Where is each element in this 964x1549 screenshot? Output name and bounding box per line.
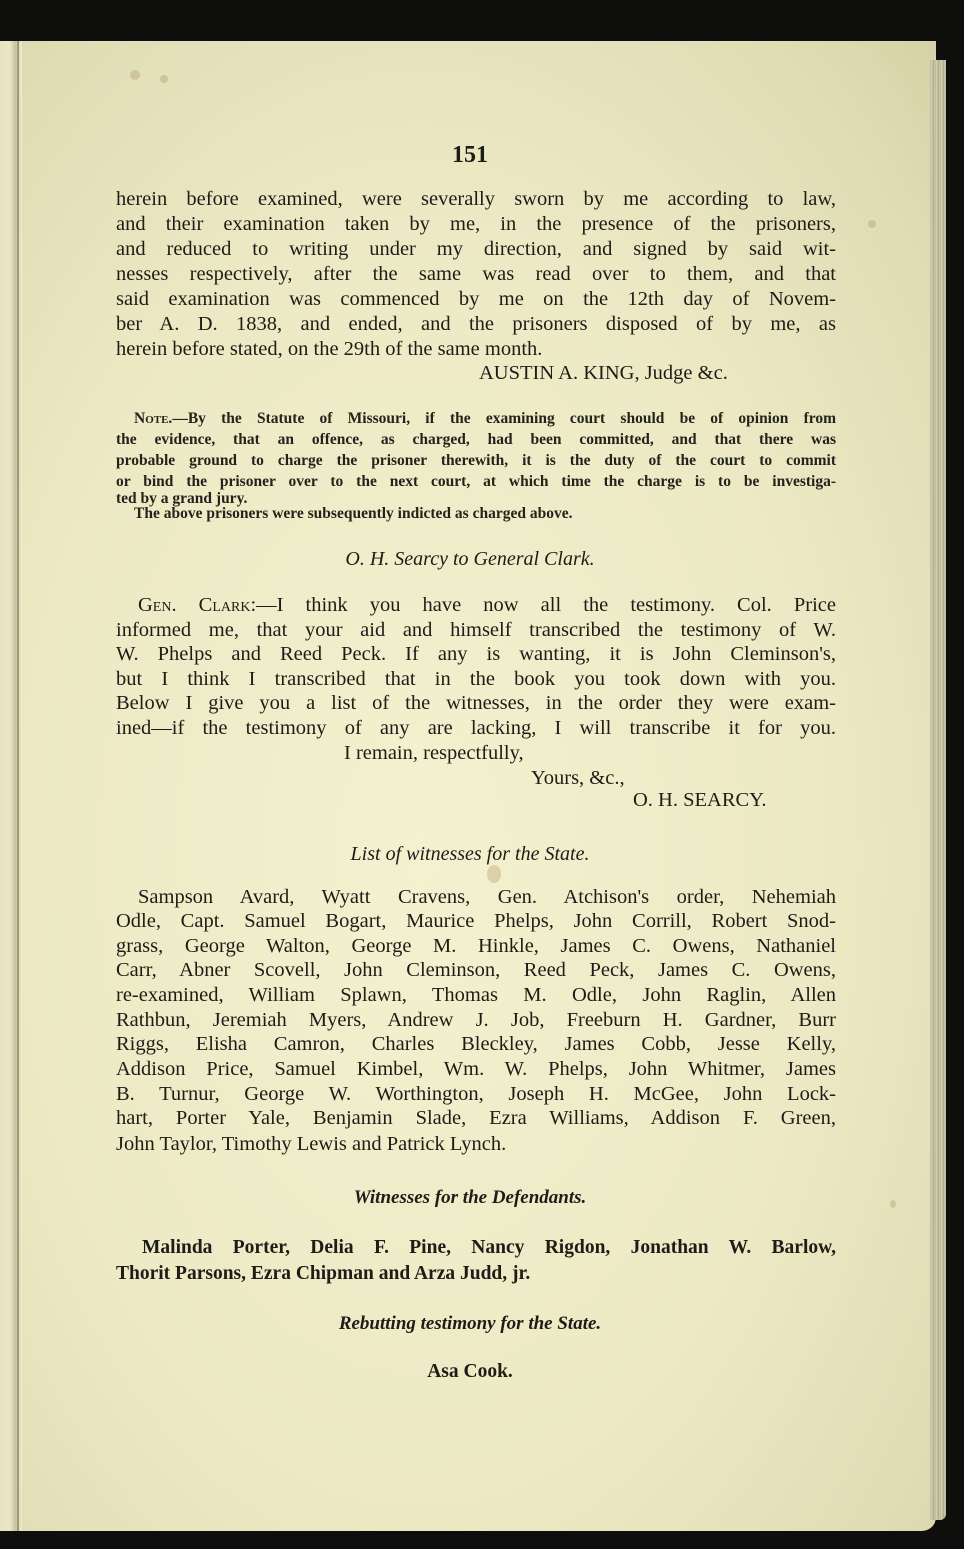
letter-line: but I think I transcribed that in the bo… xyxy=(116,668,836,691)
page-edges xyxy=(930,60,946,1520)
letter-valediction: Yours, &c., xyxy=(531,767,625,790)
note-line: the evidence, that an offence, as charge… xyxy=(116,431,836,449)
note-label: Note. xyxy=(116,410,172,427)
defendant-witnesses-heading: Witnesses for the Defendants. xyxy=(0,1187,940,1209)
state-witness-line: Riggs, Elisha Camron, Charles Bleckley, … xyxy=(116,1033,836,1056)
paper-stain xyxy=(130,70,140,80)
paragraph-line: said examination was commenced by me on … xyxy=(116,288,836,311)
paper-stain xyxy=(160,75,168,83)
state-witness-line: grass, George Walton, George M. Hinkle, … xyxy=(116,935,836,958)
letter-signature: O. H. SEARCY. xyxy=(633,789,766,812)
state-witnesses-heading: List of witnesses for the State. xyxy=(0,843,940,866)
letter-closing: I remain, respectfully, xyxy=(344,742,524,765)
state-witness-line: Carr, Abner Scovell, John Cleminson, Ree… xyxy=(116,959,836,982)
note-line: probable ground to charge the prisoner t… xyxy=(116,452,836,470)
paragraph-line: and reduced to writing under my directio… xyxy=(116,238,836,261)
letter-text: —I think you have now all the testimony.… xyxy=(256,594,836,616)
letter-heading: O. H. Searcy to General Clark. xyxy=(0,548,940,571)
note-followup: The above prisoners were subsequently in… xyxy=(134,505,572,523)
state-witness-line: Odle, Capt. Samuel Bogart, Maurice Phelp… xyxy=(116,910,836,933)
defendant-witness-line: Thorit Parsons, Ezra Chipman and Arza Ju… xyxy=(116,1263,836,1285)
page-number: 151 xyxy=(0,142,940,169)
letter-line: W. Phelps and Reed Peck. If any is wanti… xyxy=(116,643,836,666)
paragraph-line: ber A. D. 1838, and ended, and the priso… xyxy=(116,313,836,336)
state-witness-line: Rathbun, Jeremiah Myers, Andrew J. Job, … xyxy=(116,1009,836,1032)
paragraph-line: and their examination taken by me, in th… xyxy=(116,213,836,236)
rebuttal-heading: Rebutting testimony for the State. xyxy=(0,1313,940,1335)
paper-stain xyxy=(868,220,876,228)
state-witness-line: re-examined, William Splawn, Thomas M. O… xyxy=(116,984,836,1007)
gutter-line xyxy=(17,41,19,1531)
letter-line: Below I give you a list of the witnesses… xyxy=(116,692,836,715)
state-witness-line: Sampson Avard, Wyatt Cravens, Gen. Atchi… xyxy=(116,886,836,909)
state-witness-line: B. Turnur, George W. Worthington, Joseph… xyxy=(116,1083,836,1106)
paper-stain xyxy=(487,865,501,883)
note-text: —By the Statute of Missouri, if the exam… xyxy=(172,410,836,427)
state-witness-line: John Taylor, Timothy Lewis and Patrick L… xyxy=(116,1133,836,1156)
rebuttal-witness: Asa Cook. xyxy=(0,1361,940,1383)
letter-line: informed me, that your aid and himself t… xyxy=(116,619,836,642)
paragraph-line: herein before stated, on the 29th of the… xyxy=(116,338,836,361)
letter-line: Gen. Clark:—I think you have now all the… xyxy=(116,594,836,617)
note-line: Note.—By the Statute of Missouri, if the… xyxy=(116,410,836,428)
letter-salutation: Gen. Clark: xyxy=(116,594,256,616)
note-line: or bind the prisoner over to the next co… xyxy=(116,473,836,491)
judge-signature: AUSTIN A. KING, Judge &c. xyxy=(479,362,728,385)
letter-line: ined—if the testimony of any are lacking… xyxy=(116,717,836,740)
paragraph-line: herein before examined, were severally s… xyxy=(116,188,836,211)
state-witness-line: Addison Price, Samuel Kimbel, Wm. W. Phe… xyxy=(116,1058,836,1081)
defendant-witness-line: Malinda Porter, Delia F. Pine, Nancy Rig… xyxy=(116,1237,836,1259)
state-witness-line: hart, Porter Yale, Benjamin Slade, Ezra … xyxy=(116,1107,836,1130)
paragraph-line: nesses respectively, after the same was … xyxy=(116,263,836,286)
